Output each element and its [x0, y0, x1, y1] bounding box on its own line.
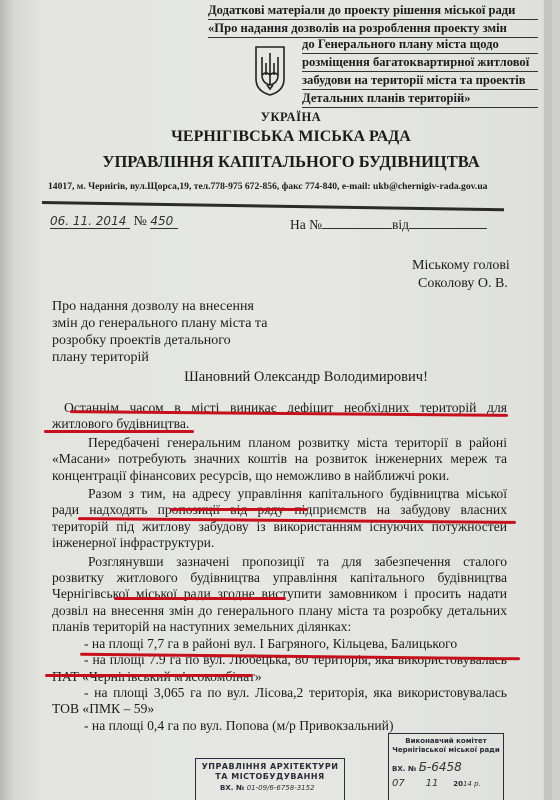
outgoing-number: 450 [150, 214, 178, 229]
stamp-year: 14 р. [463, 780, 481, 788]
attachment-note-line: забудови на території міста та проектів [302, 72, 538, 90]
highlight-underline [170, 508, 308, 511]
reply-number-label: На № [290, 217, 322, 232]
outgoing-reference: 06. 11. 2014 № 450 [50, 214, 178, 230]
highlight-underline [44, 430, 194, 433]
stamp-title: Виконавчий комітет [392, 737, 500, 746]
addressee: Міському голові Соколову О. В. [412, 257, 510, 293]
addressee-title: Міському голові [412, 257, 510, 275]
letterhead-rule [42, 201, 504, 211]
salutation: Шановний Олександр Володимирович! [0, 369, 552, 386]
reply-date-blank [409, 216, 487, 229]
highlight-underline [45, 674, 253, 677]
contact-address: 14017, м. Чернігів, вул.Щорса,19, тел.77… [48, 181, 487, 192]
addressee-name: Соколову О. В. [412, 275, 510, 293]
outgoing-date: 06. 11. 2014 [50, 214, 130, 229]
subject-line: розробку проектів детального [52, 332, 267, 349]
stamp-title: Чернігівської міської ради [392, 746, 500, 755]
department-name: УПРАВЛІННЯ КАПІТАЛЬНОГО БУДІВНИЦТВА [0, 152, 552, 172]
stamp-in-label: ВХ. № [392, 765, 416, 773]
subject-line: змін до генерального плану міста та [52, 315, 267, 332]
stamp-date: 07 11 2014 р. [392, 778, 500, 789]
attachment-note-line: до Генерального плану міста щодо [302, 36, 538, 54]
stamp-architecture-department: УПРАВЛІННЯ АРХІТЕКТУРИ ТА МІСТОБУДУВАННЯ… [195, 758, 345, 800]
attachment-note-line: Детальних планів територій» [302, 90, 538, 108]
reply-reference: На №від [290, 216, 487, 233]
stamp-month: 11 [426, 778, 439, 789]
stamp-in-number: Б-6458 [419, 760, 462, 774]
highlight-underline [114, 597, 286, 600]
letter-body: Останнім часом в місті виникає дефіцит н… [52, 400, 507, 734]
stamp-year-prefix: 20 [453, 780, 463, 788]
stamp-in-number: 01-09/6-6758-3152 [247, 784, 315, 792]
subject-line: Про надання дозволу на внесення [52, 298, 267, 315]
country-name: УКРАЇНА [0, 110, 552, 125]
subject-block: Про надання дозволу на внесення змін до … [52, 298, 267, 366]
stamp-executive-committee: Виконавчий комітет Чернігівської міської… [388, 733, 504, 800]
reply-from-label: від [392, 217, 409, 232]
attachment-note-line: розміщення багатоквартирної житлової [302, 54, 538, 72]
stamp-title: УПРАВЛІННЯ АРХІТЕКТУРИ [200, 762, 340, 772]
stamp-registration: ВХ. № 01-09/6-6758-3152 [200, 784, 340, 792]
land-plot-item: - на площі 3,065 га по вул. Лісова,2 тер… [52, 685, 507, 718]
paragraph-deficit: Останнім часом в місті виникає дефіцит н… [52, 400, 507, 433]
subject-line: плану територій [52, 349, 267, 366]
attachment-note-continued: до Генерального плану міста щодо розміще… [302, 36, 538, 108]
stamp-title: ТА МІСТОБУДУВАННЯ [200, 772, 340, 782]
paragraph-masany: Передбачені генеральним планом розвитку … [52, 435, 507, 484]
coat-of-arms-icon [253, 45, 287, 97]
reply-number-blank [322, 216, 392, 229]
attachment-note-header: Додаткові матеріали до проекту рішення м… [208, 2, 538, 38]
document-page: Додаткові матеріали до проекту рішення м… [0, 0, 552, 800]
paragraph-request: Розглянувши зазначені пропозиції та для … [52, 554, 507, 636]
attachment-note-line: Додаткові матеріали до проекту рішення м… [208, 2, 538, 20]
stamp-registration: ВХ. № Б-6458 [392, 760, 500, 774]
council-name: ЧЕРНІГІВСЬКА МІСЬКА РАДА [0, 128, 552, 146]
stamp-day: 07 [392, 778, 405, 789]
land-plot-item: - на площі 0,4 га по вул. Попова (м/р Пр… [52, 718, 507, 734]
number-label: № [134, 214, 147, 229]
land-plot-item: - на площі 7,7 га в районі вул. І Багрян… [52, 636, 507, 652]
stamp-in-label: ВХ. № [220, 784, 244, 792]
